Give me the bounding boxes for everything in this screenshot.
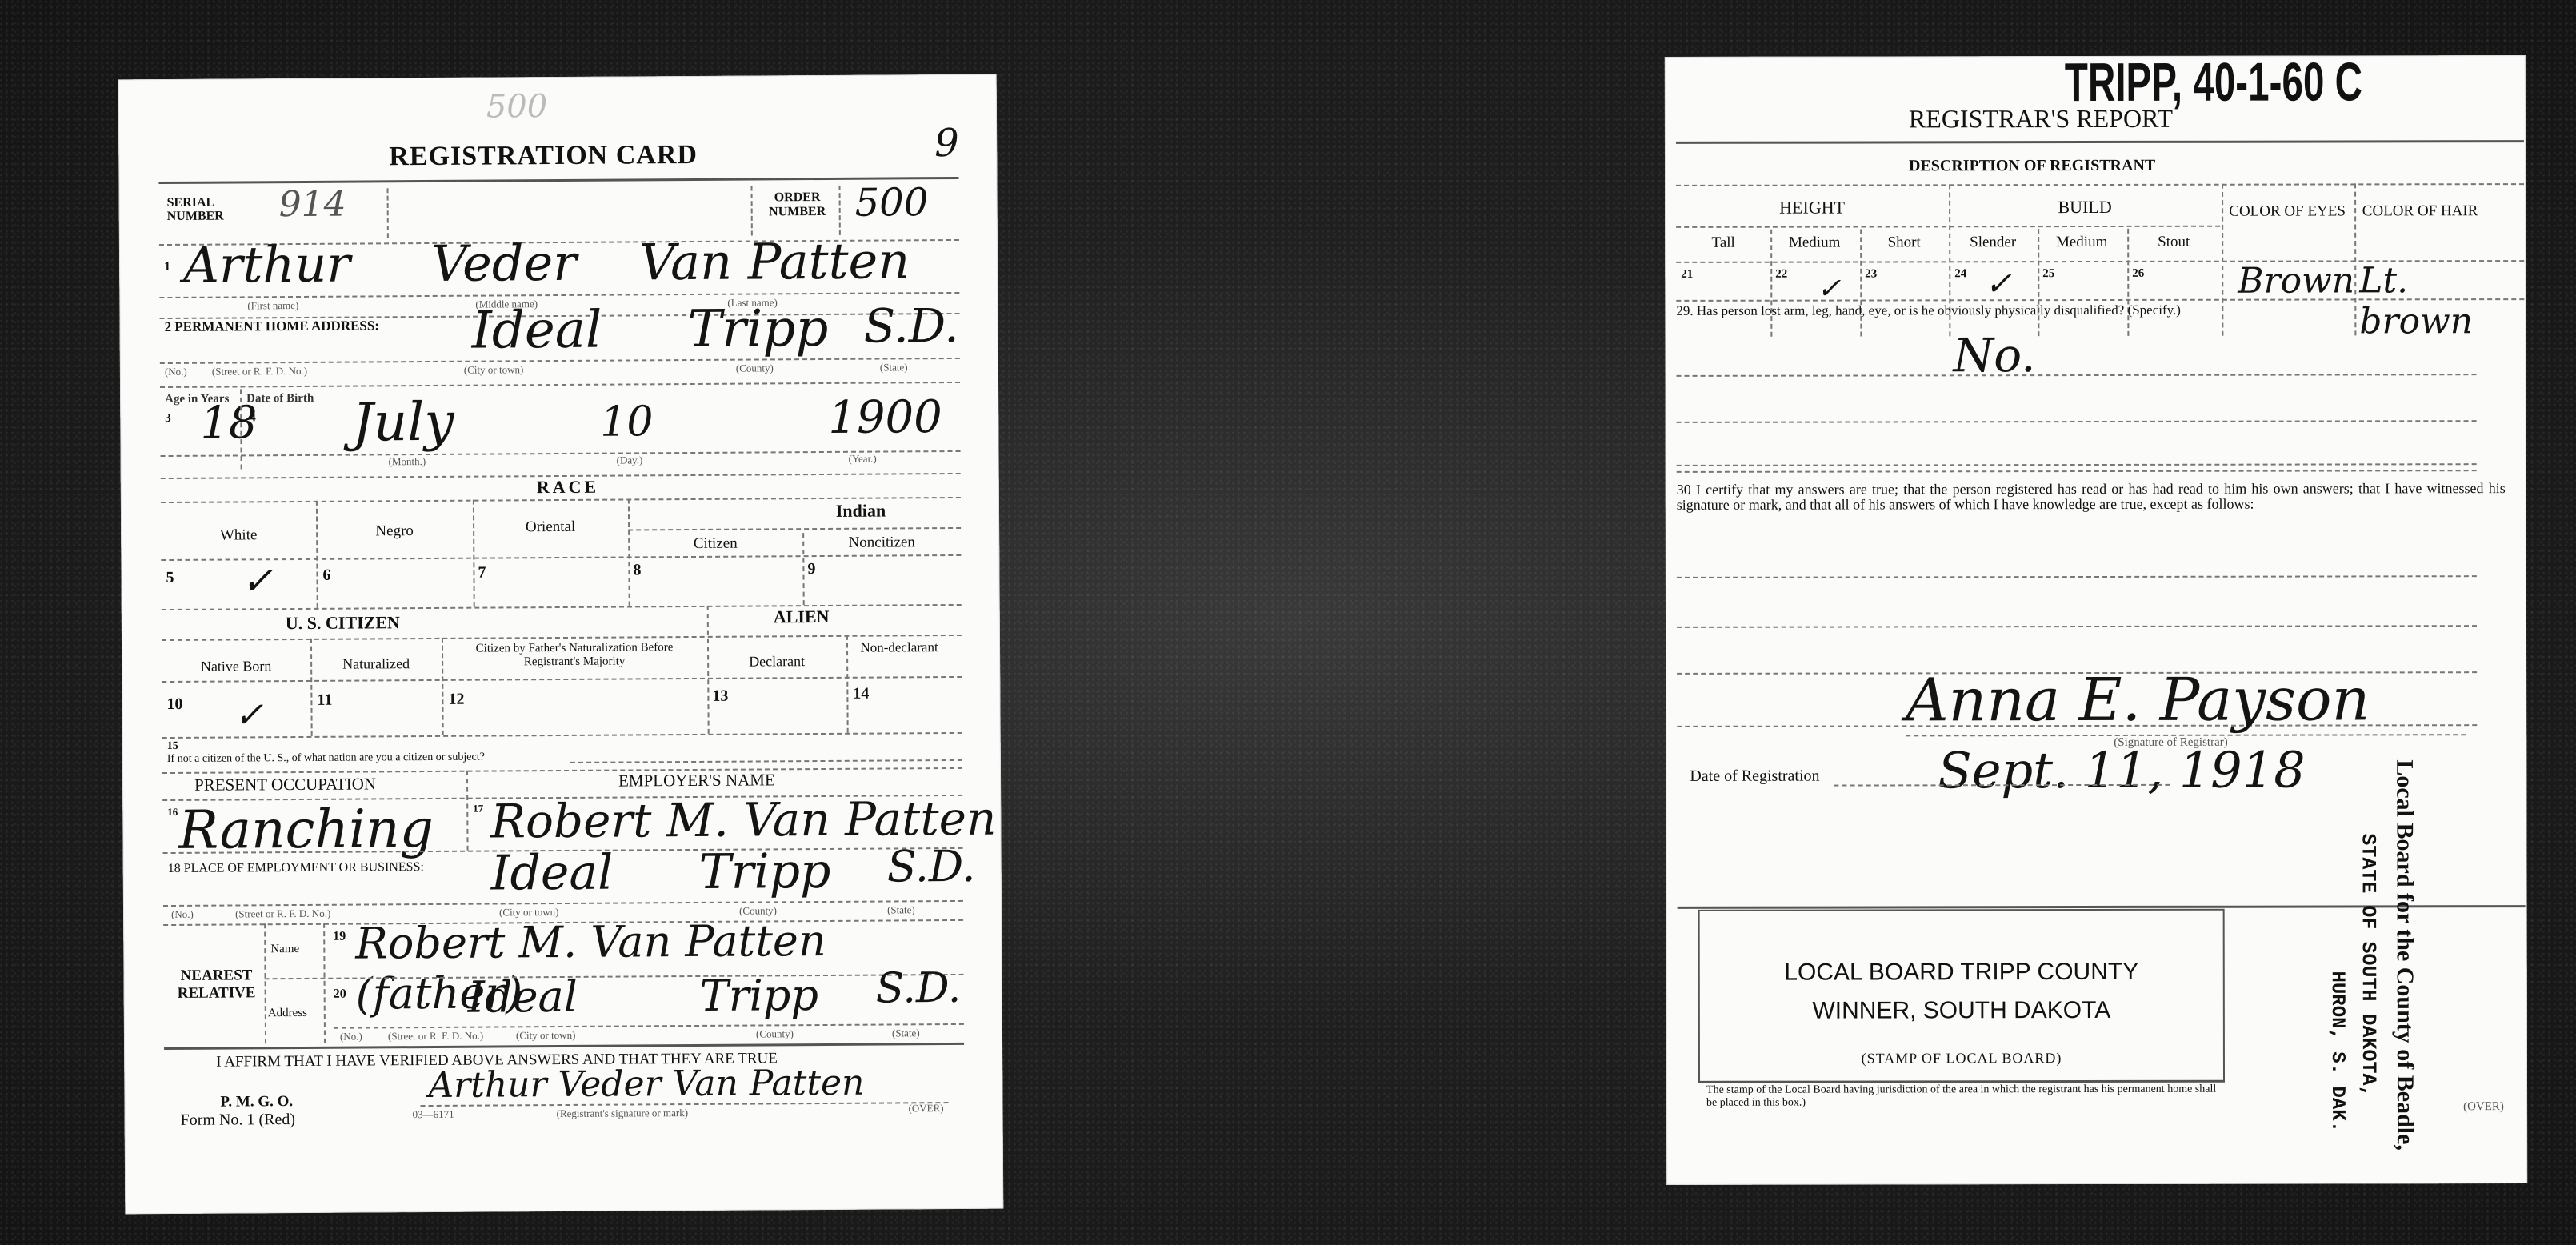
home-address-label: 2 PERMANENT HOME ADDRESS:: [165, 318, 380, 335]
birth-month: July: [352, 391, 454, 454]
eye-color-label: COLOR OF EYES: [2222, 202, 2353, 219]
us-citizen-title: U. S. CITIZEN: [286, 612, 400, 634]
first-name: Arthur: [183, 235, 350, 294]
side-stamp-line-3: HURON, S. DAK.: [2326, 971, 2348, 1132]
birth-year: 1900: [828, 391, 942, 444]
registration-date-label: Date of Registration: [1690, 767, 1819, 786]
employment-county: Tripp: [699, 843, 831, 900]
alien-title: ALIEN: [774, 606, 830, 627]
occupation-label: PRESENT OCCUPATION: [194, 774, 376, 795]
employment-place-label: 18 PLACE OF EMPLOYMENT OR BUSINESS:: [168, 860, 424, 876]
eye-color-value: Brown: [2238, 260, 2354, 301]
employer-value: Robert M. Van Patten: [490, 791, 996, 849]
last-name: Van Patten: [639, 231, 910, 291]
nation-question: If not a citizen of the U. S., of what n…: [167, 751, 485, 766]
form-id: P. M. G. O.: [220, 1093, 293, 1111]
signature-caption: (Registrant's signature or mark): [557, 1107, 689, 1120]
serial-number-value: 914: [278, 184, 346, 226]
build-slender-check: ✓: [1985, 266, 2012, 302]
registration-date: Sept. 11, 1918: [1938, 741, 2305, 800]
relative-state: S.D.: [875, 964, 961, 1013]
pencil-note: 500: [486, 88, 548, 125]
registrar-signature: Anna E. Payson: [1906, 665, 2370, 735]
report-title: REGISTRAR'S REPORT: [1909, 104, 2173, 134]
stamp-line-2: WINNER, SOUTH DAKOTA: [1700, 997, 2223, 1025]
race-title: RACE: [537, 477, 600, 498]
indian-label: Indian: [761, 500, 961, 522]
employment-state: S.D.: [887, 841, 976, 892]
certification-text: 30 I certify that my answers are true; t…: [1677, 481, 2506, 513]
home-state: S.D.: [863, 298, 958, 354]
registrars-report: TRIPP, 40-1-60 C REGISTRAR'S REPORT DESC…: [1665, 55, 2527, 1185]
dob-label: Date of Birth: [246, 392, 314, 406]
registrant-signature: Arthur Veder Van Patten: [428, 1063, 864, 1106]
form-number: Form No. 1 (Red): [181, 1111, 295, 1130]
serial-number-label: SERIAL NUMBER: [167, 195, 243, 223]
stamp-line-1: LOCAL BOARD TRIPP COUNTY: [1700, 959, 2223, 987]
home-county: Tripp: [687, 299, 828, 359]
disqualification-question: 29. Has person lost arm, leg, hand, eye,…: [1676, 302, 2508, 318]
relative-city: Ideal: [468, 971, 578, 1023]
order-number-label: ORDER NUMBER: [758, 190, 838, 220]
over-label: (OVER): [909, 1102, 944, 1115]
employer-label: EMPLOYER'S NAME: [618, 770, 775, 791]
registration-card: 500 REGISTRATION CARD 9 SERIAL NUMBER 91…: [118, 74, 1004, 1215]
middle-name: Veder: [431, 234, 577, 293]
description-title: DESCRIPTION OF REGISTRANT: [1909, 157, 2155, 176]
print-code: 03—6171: [413, 1108, 454, 1121]
race-white-check: ✓: [241, 558, 274, 603]
home-city: Ideal: [471, 301, 602, 361]
card-title: REGISTRATION CARD: [389, 140, 698, 172]
order-number-value: 500: [854, 180, 928, 226]
build-title: BUILD: [1949, 197, 2221, 218]
stamp-caption: (STAMP OF LOCAL BOARD): [1700, 1050, 2223, 1067]
stamp-note: The stamp of the Local Board having juri…: [1706, 1083, 2226, 1110]
nearest-relative-label: NEAREST RELATIVE: [168, 967, 264, 1003]
birth-day: 10: [600, 398, 654, 446]
side-stamp-line-1: Local Board for the County of Beadle,: [2390, 759, 2418, 1151]
corner-mark: 9: [934, 121, 959, 166]
employment-city: Ideal: [491, 845, 614, 902]
hair-color-label: COLOR OF HAIR: [2354, 202, 2486, 219]
side-stamp-line-2: STATE OF SOUTH DAKOTA,: [2356, 833, 2380, 1097]
local-board-stamp-box: LOCAL BOARD TRIPP COUNTY WINNER, SOUTH D…: [1698, 909, 2225, 1083]
report-over-label: (OVER): [2463, 1100, 2504, 1114]
native-born-check: ✓: [234, 695, 263, 735]
height-title: HEIGHT: [1676, 197, 1948, 218]
relative-county: Tripp: [699, 970, 818, 1021]
